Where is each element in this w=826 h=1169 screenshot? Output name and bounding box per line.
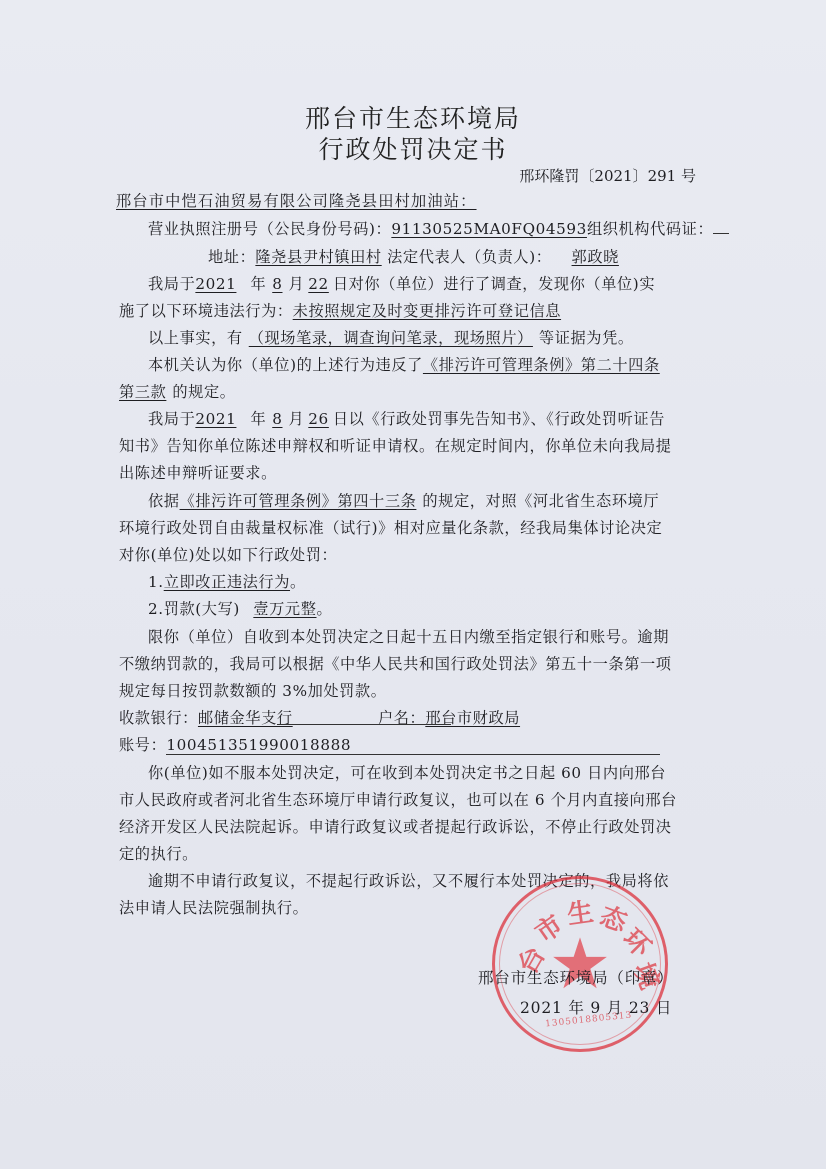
- signer: 邢台市生态环境局（印章）: [478, 966, 674, 988]
- penalty-decision-document: 邢台市生态环境局 行政处罚决定书 邢环隆罚〔2021〕291 号 邢台市中恺石油…: [0, 0, 826, 1169]
- org-code-blank: [713, 219, 729, 234]
- document-number: 邢环隆罚〔2021〕291 号: [519, 165, 696, 186]
- penalty-item-2: 2.罚款(大写) 壹万元整。: [148, 598, 332, 619]
- basis-line-3: 对你(单位)处以如下行政处罚：: [119, 544, 337, 565]
- bank-line: 收款银行：邮储金华支行户名：邢台市财政局: [119, 707, 615, 728]
- notice-line-3: 出陈述申辩听证要求。: [119, 462, 277, 483]
- notice-line: 我局于2021年8月26日以《行政处罚事先告知书》、《行政处罚听证告: [148, 408, 665, 429]
- payment-line-1: 限你（单位）自收到本处罚决定之日起十五日内缴至指定银行和账号。逾期: [148, 626, 669, 647]
- enforcement-line-2: 法申请人民法院强制执行。: [119, 897, 308, 918]
- official-seal: ★ 台 市 生 态 环 境 1305018805313: [492, 876, 668, 1052]
- license-number: 91130525MA0FQ04593: [391, 220, 587, 238]
- appeal-line-4: 定的执行。: [119, 843, 198, 864]
- document-type-title: 行政处罚决定书: [0, 130, 826, 166]
- evidence-line: 以上事实，有（现场笔录，调查询问笔录，现场照片）等证据为凭。: [148, 327, 634, 348]
- payment-line-2: 不缴纳罚款的，我局可以根据《中华人民共和国行政处罚法》第五十一条第一项: [119, 653, 672, 674]
- license-line: 营业执照注册号（公民身份号码)：91130525MA0FQ04593组织机构代码…: [148, 218, 729, 239]
- party-name: 邢台市中恺石油贸易有限公司隆尧县田村加油站：: [116, 190, 477, 211]
- account-line: 账号：100451351990018888: [119, 734, 660, 755]
- violated-law-cont: 第三款的规定。: [119, 381, 236, 402]
- account-number: 100451351990018888: [166, 736, 660, 755]
- basis-line: 依据《排污许可管理条例》第四十三条的规定，对照《河北省生态环境厅: [148, 490, 659, 511]
- address: 隆尧县尹村镇田村: [255, 248, 381, 266]
- address-line: 地址：隆尧县尹村镇田村 法定代表人（负责人)：郭政晓: [208, 246, 639, 267]
- account-name: 邢台市财政局: [425, 707, 615, 728]
- signature-date: 2021 年 9 月 23 日: [520, 996, 672, 1018]
- investigation-line: 我局于2021年8月22日对你（单位）进行了调查，发现你（单位)实: [148, 273, 655, 294]
- violation-line: 施了以下环境违法行为：未按照规定及时变更排污许可登记信息: [119, 300, 561, 321]
- payment-line-3: 规定每日按罚款数额的 3%加处罚款。: [119, 680, 387, 701]
- legal-representative: 郭政晓: [552, 248, 639, 266]
- penalty-item-1: 1.立即改正违法行为。: [148, 571, 306, 592]
- fine-amount: 壹万元整: [245, 600, 316, 618]
- basis-line-2: 环境行政处罚自由裁量权标准（试行)》相对应量化条款，经我局集体讨论决定: [119, 517, 662, 538]
- appeal-line-3: 经济开发区人民法院起诉。申请行政复议或者提起行政诉讼，不停止行政处罚决: [119, 816, 672, 837]
- violated-law-line: 本机关认为你（单位)的上述行为违反了《排污许可管理条例》第二十四条: [148, 354, 660, 375]
- appeal-line-2: 市人民政府或者河北省生态环境厅申请行政复议，也可以在 6 个月内直接向邢台: [119, 789, 677, 810]
- violation-text: 未按照规定及时变更排污许可登记信息: [293, 302, 561, 320]
- appeal-line-1: 你(单位)如不服本处罚决定，可在收到本处罚决定书之日起 60 日内向邢台: [148, 762, 666, 783]
- notice-line-2: 知书》告知你单位陈述申辩权和听证申请权。在规定时间内，你单位未向我局提: [119, 435, 672, 456]
